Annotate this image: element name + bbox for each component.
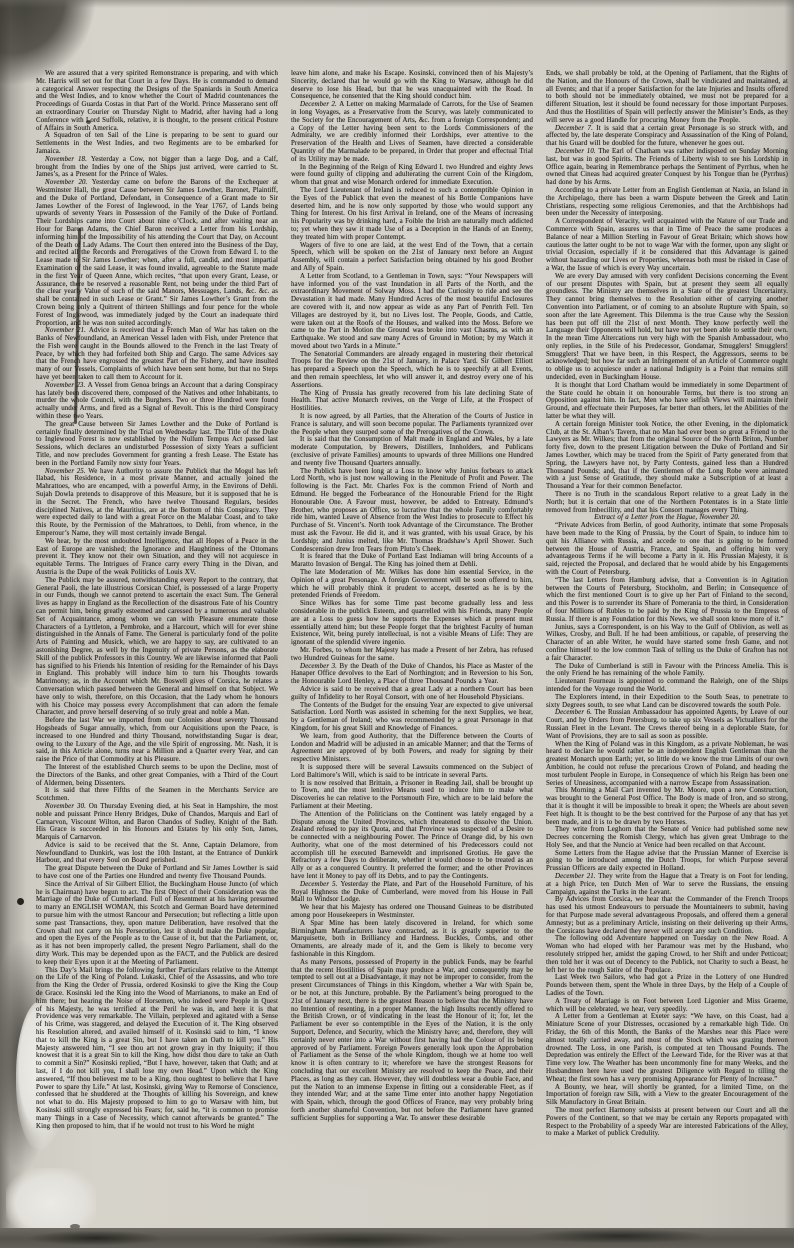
dateline: December 6.	[555, 709, 594, 716]
paragraph: The Publick have been long at a Loss to …	[291, 468, 533, 554]
dateline: November 25.	[45, 468, 88, 475]
paragraph: A Treaty of Marriage is on Foot between …	[546, 998, 788, 1014]
paragraph: It is now resolved that Brittain, a Pris…	[291, 780, 533, 811]
paragraph: November 23. A Vessel from Genoa brings …	[36, 382, 278, 421]
paragraph: Since the Arrival of Sir Gilbert Elliot,…	[36, 881, 278, 967]
paragraph: November 21. Advice is received that a F…	[36, 327, 278, 382]
paragraph: December 7. It is said that a certain gr…	[546, 125, 788, 148]
paragraph: We hear that his Majesty has ordered one…	[291, 904, 533, 920]
dateline: December 3.	[300, 663, 340, 670]
paragraph: A Bounty, we hear, will shortly be grant…	[546, 1084, 788, 1107]
paragraph: November 20. Yesterday came on before th…	[36, 179, 278, 327]
column-1: We are assured that a very spirited Remo…	[36, 70, 278, 1222]
dateline: December 10.	[555, 148, 598, 155]
paragraph: The most perfect Harmony subsists at pre…	[546, 1107, 788, 1138]
dateline: November 21.	[45, 327, 89, 334]
paragraph: Before the last War we imported from our…	[36, 717, 278, 764]
paragraph: November 18. Yesterday a Cow, not bigger…	[36, 156, 278, 179]
column-2: leave him alone, and make his Escape. Ko…	[291, 70, 533, 1222]
paragraph: Advice is said to be received that the S…	[36, 842, 278, 865]
paragraph: December 2. A Letter on making Marmalade…	[291, 101, 533, 163]
paragraph: It is feared that the Duke of Portland E…	[291, 553, 533, 569]
ink-spot	[17, 898, 24, 905]
paragraph: A Letter from Scotland, to a Gentleman i…	[291, 273, 533, 351]
paragraph: December 10. The Earl of Chatham was rat…	[546, 148, 788, 187]
paragraph: We learn, from good Authority, that the …	[291, 733, 533, 764]
paragraph: December 6. The Russian Ambassadour has …	[546, 709, 788, 740]
paragraph: December 5. Yesterday the Plate, and Par…	[291, 881, 533, 904]
paragraph: There is no Truth in the scandalous Repo…	[546, 491, 788, 514]
paragraph: Since Wilkes has for some Time past beco…	[291, 600, 533, 647]
paragraph: Some Letters from the Hague advise that …	[546, 850, 788, 873]
paragraph: A Squadron of ten Sail of the Line is pr…	[36, 132, 278, 155]
paragraph: Ends, we shall probably be told, at the …	[546, 70, 788, 125]
paragraph: The late Moderation of Mr. Wilkes has do…	[291, 569, 533, 600]
paragraph: As many Persons, possessed of Property i…	[291, 959, 533, 1123]
paragraph: The Senatorial Commanders are already en…	[291, 351, 533, 390]
paragraph: We are assured that a very spirited Remo…	[36, 70, 278, 132]
scanned-newspaper-page: We are assured that a very spirited Remo…	[0, 0, 794, 1248]
dateline: December 2.	[300, 101, 339, 108]
paragraph: Mr. Forbes, to whom her Majesty has made…	[291, 647, 533, 663]
paragraph: December 3. By the Death of the Duke of …	[291, 663, 533, 686]
paragraph: The great Dispute between the Duke of Po…	[36, 865, 278, 881]
paragraph: The great Cause between Sir James Lowthe…	[36, 421, 278, 468]
column-3: Ends, we shall probably be told, at the …	[546, 70, 788, 1222]
paragraph: “Private Advices from Berlin, of good Au…	[546, 522, 788, 577]
paragraph: A Spar Mine has been lately discovered i…	[291, 920, 533, 959]
paragraph: Junius, says a Correspondent, is on his …	[546, 624, 788, 663]
paragraph: The Contents of the Budget for the ensui…	[291, 702, 533, 733]
scan-edge-top	[0, 0, 794, 8]
text-columns: We are assured that a very spirited Remo…	[36, 70, 788, 1222]
dateline: November 20.	[45, 179, 92, 186]
paragraph: It is supposed there will be several Law…	[291, 764, 533, 780]
paragraph: It is said that the Consumption of Malt …	[291, 436, 533, 467]
paragraph: “The last Letters from Hamburg advise, t…	[546, 577, 788, 624]
paragraph: Wagers of five to one are laid, at the w…	[291, 242, 533, 273]
paragraph: It is now agreed, by all Parties, that t…	[291, 413, 533, 436]
dateline: November 30.	[45, 803, 89, 810]
paragraph: According to a private Letter from an En…	[546, 187, 788, 218]
paragraph: When the King of Poland was in this King…	[546, 741, 788, 788]
paragraph: The Duke of Cumberland is still in Favou…	[546, 663, 788, 679]
paragraph: By Advices from Corsica, we hear that th…	[546, 896, 788, 935]
paragraph: The Attention of the Politicians on the …	[291, 811, 533, 881]
paragraph: Last Week two Sailors, who had got a Pri…	[546, 974, 788, 997]
paragraph: This Morning a Mail Cart invented by Mr.…	[546, 787, 788, 826]
paragraph: A certain foreign Minister took Notice, …	[546, 421, 788, 491]
paragraph: In the Beginning of the Reign of King Ed…	[291, 164, 533, 187]
paragraph: We are every Day amused with very confid…	[546, 273, 788, 382]
paragraph: The following odd Adventure happened on …	[546, 935, 788, 974]
scan-edge-bottom	[0, 1228, 794, 1248]
dateline: November 18.	[45, 156, 91, 163]
paragraph: We hear, by the most undoubted Intellige…	[36, 538, 278, 577]
dateline: December 7.	[555, 125, 596, 132]
paragraph: The Lord Lieutenant of Ireland is reduce…	[291, 187, 533, 242]
paragraph: The Interest of the established Church s…	[36, 764, 278, 787]
dateline: November 23.	[45, 382, 88, 389]
paragraph: They write from Leghorn that the Senate …	[546, 826, 788, 849]
paragraph: A Correspondent of Veracity, well acquai…	[546, 218, 788, 273]
paragraph: It is thought that Lord Chatham would be…	[546, 382, 788, 421]
paragraph: This Day’s Mail brings the following fur…	[36, 967, 278, 1131]
dateline: December 21.	[555, 873, 598, 880]
paragraph: A Letter from a Gentleman at Exeter says…	[546, 1013, 788, 1083]
paragraph: leave him alone, and make his Escape. Ko…	[291, 70, 533, 101]
paragraph: November 30. On Thursday Evening died, a…	[36, 803, 278, 842]
paragraph: It is said that three Fifths of the Seam…	[36, 787, 278, 803]
paragraph: The King of Prussia has greatly recovere…	[291, 390, 533, 413]
paragraph: Advice is said to be received that a gre…	[291, 686, 533, 702]
dateline: December 5.	[300, 881, 340, 888]
paragraph: Lieutenant Fourneau is appointed to comm…	[546, 678, 788, 694]
paragraph: The Publick may be assured, notwithstand…	[36, 577, 278, 717]
paragraph: November 25. We have Authority to assure…	[36, 468, 278, 538]
paragraph: December 21. They write from the Hague t…	[546, 873, 788, 896]
paragraph: The Explorers intend, in their Expeditio…	[546, 694, 788, 710]
